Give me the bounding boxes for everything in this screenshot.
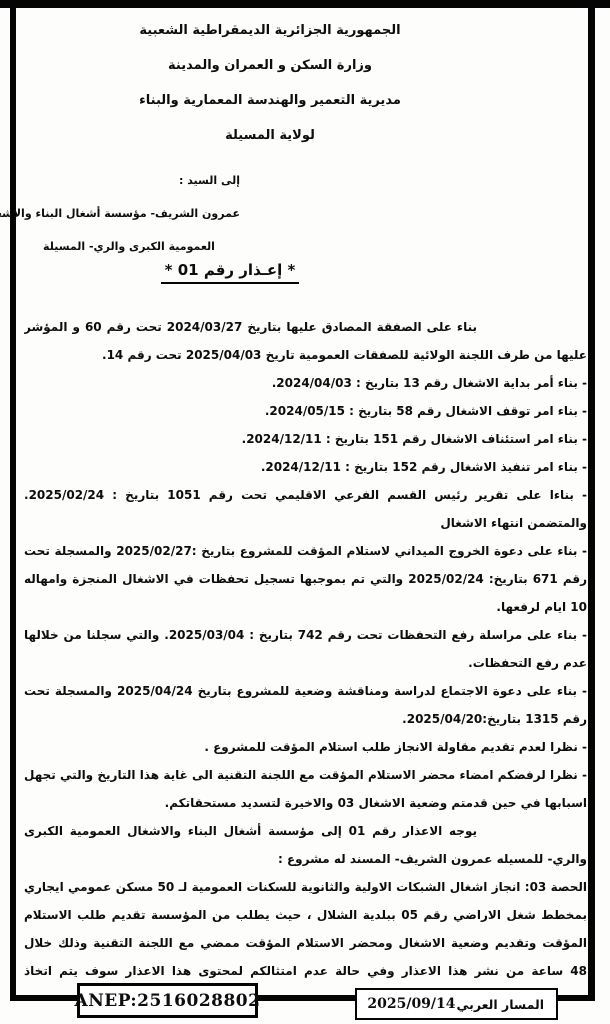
addressee-label: إلى السيد : bbox=[18, 164, 240, 197]
notice-body: بناء على الصفقة المصادق عليها بتاريخ 202… bbox=[24, 313, 587, 979]
body-item: بناء على الصفقة المصادق عليها بتاريخ 202… bbox=[24, 313, 587, 369]
notice-title-wrap: * إعـذار رقم 01 * bbox=[25, 260, 435, 284]
body-item: - نظرا لرفضكم امضاء محضر الاستلام المؤقت… bbox=[24, 761, 587, 817]
body-item: يوجه الاعذار رقم 01 إلى مؤسسة أشغال البن… bbox=[24, 817, 587, 873]
letterhead: الجمهورية الجزائرية الديمقراطية الشعبية … bbox=[55, 13, 485, 153]
body-item: - بناء على دعوة الاجتماع لدراسة ومناقشة … bbox=[24, 677, 587, 733]
header-directorate-line: مديرية التعمير والهندسة المعمارية والبنا… bbox=[55, 83, 485, 118]
body-item: الحصة 03: انجاز اشغال الشبكات الاولية وا… bbox=[24, 873, 587, 979]
page-border-left bbox=[10, 4, 16, 1001]
notice-title: * إعـذار رقم 01 * bbox=[161, 261, 300, 284]
addressee-company-line: العمومية الكبرى والري- المسيلة bbox=[18, 230, 240, 263]
publication-date: 2025/09/14 bbox=[367, 996, 455, 1012]
addressee-block: إلى السيد : عمرون الشريف- مؤسسة أشغال ال… bbox=[18, 164, 240, 263]
header-wilaya-line: لولاية المسيلة bbox=[55, 118, 485, 153]
page-border-right bbox=[588, 4, 595, 996]
journal-box: المسار العربي 2025/09/14 bbox=[355, 988, 558, 1020]
body-item: - بناء أمر بداية الاشغال رقم 13 بتاريخ :… bbox=[24, 369, 587, 397]
document-page: الجمهورية الجزائرية الديمقراطية الشعبية … bbox=[0, 0, 610, 1024]
page-border-top bbox=[0, 0, 610, 8]
header-republic-line: الجمهورية الجزائرية الديمقراطية الشعبية bbox=[55, 13, 485, 48]
body-item: - بناء على مراسلة رفع التحفظات تحت رقم 7… bbox=[24, 621, 587, 677]
journal-name: المسار العربي bbox=[457, 997, 544, 1012]
body-item: - نظرا لعدم تقديم مقاولة الانجاز طلب است… bbox=[24, 733, 587, 761]
body-item: - بناء امر تنفيذ الاشغال رقم 152 بتاريخ … bbox=[24, 453, 587, 481]
header-ministry-line: وزارة السكن و العمران والمدينة bbox=[55, 48, 485, 83]
anep-number: ANEP:2516028802 bbox=[75, 991, 261, 1011]
body-item: - بناء على دعوة الخروج الميداني لاستلام … bbox=[24, 537, 587, 621]
anep-number-box: ANEP:2516028802 bbox=[77, 983, 258, 1018]
body-item: - بناء امر استئناف الاشغال رقم 151 بتاري… bbox=[24, 425, 587, 453]
addressee-name-line: عمرون الشريف- مؤسسة أشغال البناء والاشغا… bbox=[18, 197, 240, 230]
body-item: - بناءا على تقرير رئيس القسم الفرعي الاق… bbox=[24, 481, 587, 537]
body-item: - بناء امر توقف الاشغال رقم 58 بتاريخ : … bbox=[24, 397, 587, 425]
